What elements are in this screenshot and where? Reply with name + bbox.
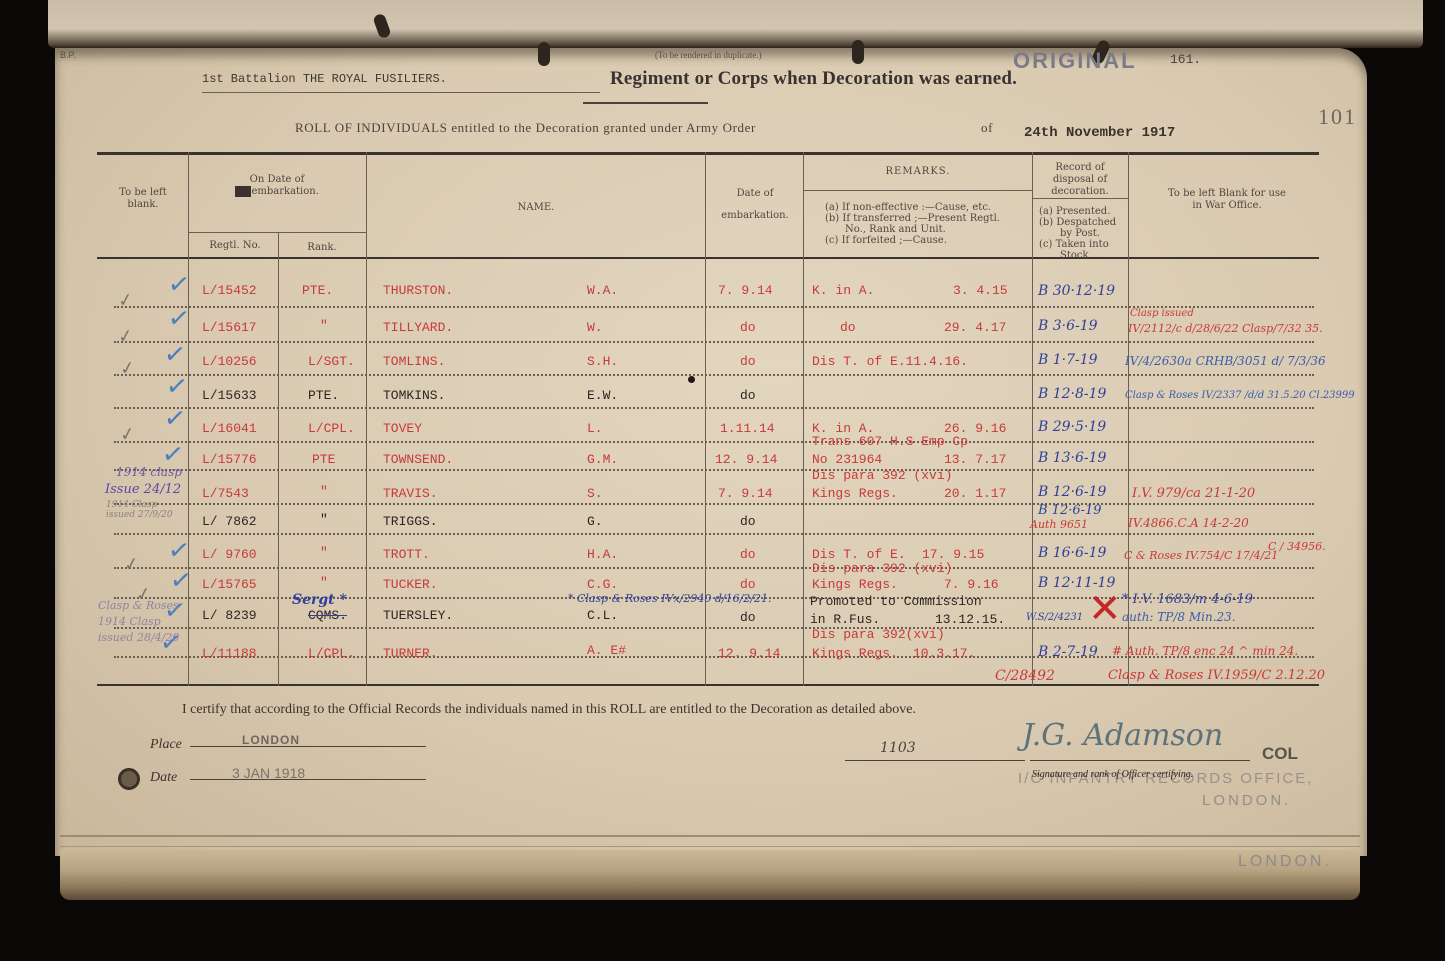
header-on-date-of: On Date of [192,174,362,186]
embarkation-date: do [740,577,756,592]
initials: S.H. [587,354,618,369]
regtl-no: L/15617 [202,320,257,335]
embarkation-date: do [740,354,756,369]
war-office-note: * I.V. 1683/m 4-6-19 [1122,592,1253,607]
initials: E.W. [587,388,618,403]
rank: L/CPL. [308,421,355,436]
initials: S. [587,486,603,501]
regtl-no: L/15765 [202,577,257,592]
disposal-record: B 1·7-19 [1038,352,1098,368]
header-rank: Rank. [282,242,362,254]
check-mark-icon: ✓ [162,339,188,372]
rank: PTE. [308,388,339,403]
check-mark-icon: ✓ [166,269,192,302]
lower-stamp: LONDON. [1238,853,1332,871]
disposal-record: B 2-7-19 [1038,644,1098,660]
check-mark-icon: ✓ [168,565,194,598]
disposal-record: B 3·6-19 [1038,318,1098,334]
certification-statement: I certify that according to the Official… [182,702,916,718]
remark-date: 13.12.15. [935,612,1005,627]
embarkation-date: 1.11.14 [720,421,775,436]
regtl-no: L/ 7862 [202,514,257,529]
margin-note-issue: Issue 24/12 [105,482,181,497]
initials: C.L. [587,608,618,623]
rank: PTE [312,452,335,467]
remark-line-2: in R.Fus. [810,612,880,627]
disposal-record: B 30·12·19 [1038,283,1115,299]
surname: TILLYARD. [383,320,453,335]
header-blank: To be left blank. [105,187,181,211]
embarkation-date: 7. 9.14 [718,486,773,501]
header-regtl-no: Regtl. No. [205,240,265,252]
rank-struck: CQMS. [308,608,347,623]
check-mark-icon: ✓ [166,535,192,568]
remark-date: 13. 7.17 [944,452,1006,467]
reference-number: 1103 [880,740,916,756]
binding-thread [852,40,864,64]
place-value: LONDON [242,733,300,747]
ink-spot [688,376,695,383]
officer-signature: J.G. Adamson [1022,718,1223,753]
remark-line-2: Kings Regs. [812,577,898,592]
surname: TUCKER. [383,577,438,592]
surname: TURNER. [383,646,438,661]
initials: W.A. [587,283,618,298]
name-annotation: * Clasp & Roses IVx/2940 d/16/2/21. [568,592,772,605]
regtl-no: L/7543 [202,486,249,501]
war-office-note: Clasp & Roses IV/2337 /d/d 31.5.20 Cl.23… [1125,390,1355,401]
regtl-no: L/10256 [202,354,257,369]
surname: TROTT. [383,547,430,562]
initials: A. E# [587,643,626,658]
rank: PTE. [302,283,333,298]
rank: " [320,512,328,527]
embarkation-date: 7. 9.14 [718,283,773,298]
header-date-of: Date of [709,188,801,200]
disposal-record: B 12·6-19 [1038,503,1102,518]
check-mark-icon: ✓ [166,303,192,336]
remark-line-1: Dis para 392(xvi) [812,627,945,642]
embarkation-date: do [740,320,756,335]
war-office-note: IV/2112/c d/28/6/22 Clasp/7/32 35. [1128,322,1323,335]
officer-rank: COL [1262,744,1298,764]
regtl-no: L/15776 [202,452,257,467]
footer-note: C/28492 [995,668,1055,684]
remark: Dis T. of E.11.4.16. [812,354,968,369]
war-office-note: # Auth. TP/8 enc 24 ^ min 24. [1112,644,1298,658]
header-disposal: Record of disposal of decoration. [1034,162,1126,198]
punch-hole [118,768,140,790]
embarkation-date: do [740,610,756,625]
war-office-note: IV/4/2630a CRHB/3051 d/ 7/3/36 [1125,354,1326,368]
heading-rule [583,102,708,104]
disposal-record: B 16·6-19 [1038,545,1106,561]
surname: TOMKINS. [383,388,445,403]
cancel-cross-icon: ✕ [1088,586,1122,632]
remark-date: 17. 9.15 [922,547,984,562]
initials: G. [587,514,603,529]
header-name: NAME. [369,202,703,214]
disposal-auth: Auth 9651 [1030,518,1088,531]
header-disembarkation: Disembarkation. [192,186,362,198]
remark-date: 10.3.17. [913,646,975,661]
remark-date: 20. 1.17 [944,486,1006,501]
surname: TUERSLEY. [383,608,453,623]
remark-line-1: Trans 607 H.S Emp Cp [812,434,968,449]
surname: TOWNSEND. [383,452,453,467]
remark-line-2: No 231964 [812,452,882,467]
rank-correction: Sergt * [292,592,347,608]
unit-name: 1st Battalion THE ROYAL FUSILIERS. [202,72,600,93]
place-label: Place [150,737,182,753]
rank: " [320,318,328,333]
initials: C.G. [587,577,618,592]
disposal-record: B 13·6-19 [1038,450,1106,466]
disposal-record: B 12·6-19 [1038,484,1106,500]
surname: THURSTON. [383,283,453,298]
check-mark-icon: ✓ [162,403,188,436]
embarkation-date: do [740,514,756,529]
remark-line-1: Dis para 392 (xvi) [812,561,952,576]
regtl-no: L/ 9760 [202,547,257,562]
embarkation-date: do [740,547,756,562]
regtl-no: L/ 8239 [202,608,257,623]
remark-line-2: Kings Regs. [812,646,898,661]
header-disposal-c2: Stock. [1060,250,1092,262]
disposal-record: B 12·8-19 [1038,386,1106,402]
rank: " [320,484,328,499]
footer-note: Clasp & Roses IV.1959/C 2.12.20 [1108,668,1325,683]
header-embarkation: embarkation. [709,210,801,222]
embarkation-date: 12. 9.14 [718,646,780,661]
remark: do [840,320,856,335]
form-code: B.P. [60,50,76,60]
margin-note-clasp: 1914 clasp [116,465,182,479]
date-value: 3 JAN 1918 [232,765,305,781]
war-office-note: Clasp issued [1130,308,1194,319]
page-number: 101 [1318,104,1357,130]
duplicate-note: (To be rendered in duplicate.) [655,50,762,60]
embarkation-date: 12. 9.14 [715,452,777,467]
header-war-office: To be left Blank for use in War Office. [1167,188,1287,212]
header-remarks-c: (c) If forfeited ;—Cause. [825,235,947,247]
margin-note-pencil: 1914 Clasp issued 27/9/20 [106,500,176,520]
date-label: Date [150,770,177,786]
page-stack-edge [60,850,1360,900]
initials: W. [587,320,603,335]
initials: L. [587,421,603,436]
war-office-note-extra: C / 34956. [1268,540,1326,553]
binding-thread [538,42,550,66]
stamp-suffix: 161. [1170,52,1201,67]
remark-date: 7. 9.16 [944,577,999,592]
remark: K. in A. [812,283,874,298]
ref-line [845,760,1025,761]
previous-page-edge [48,0,1423,48]
embarkation-date: do [740,388,756,403]
disposal-record: B 29·5·19 [1038,419,1106,435]
war-office-note: C & Roses IV.754/C 17/4/21 [1124,549,1278,562]
army-order-date: 24th November 1917 [1024,125,1175,141]
regtl-no: L/15633 [202,388,257,403]
signature-line [1030,760,1250,761]
roll-heading-text: ROLL OF INDIVIDUALS entitled to the Deco… [295,120,756,135]
header-remarks: REMARKS. [807,166,1029,178]
surname: TRIGGS. [383,514,438,529]
surname: TRAVIS. [383,486,438,501]
war-office-note: I.V. 979/ca 21-1-20 [1132,486,1255,501]
remark: Dis T. of E. [812,547,906,562]
remark-line-1: Promoted to Commission [810,594,982,609]
place-line [190,746,426,747]
check-mark-icon: ✓ [164,371,190,404]
roll-heading: ROLL OF INDIVIDUALS entitled to the Deco… [295,120,756,136]
initials: G.M. [587,452,618,467]
of-label: of [981,120,993,136]
regtl-no: L/11188 [202,646,257,661]
remark-date: 3. 4.15 [953,283,1008,298]
office-stamp-city: LONDON. [1202,792,1291,809]
remark-line-1: Dis para 392 (xvi) [812,468,952,483]
rank: " [320,545,328,560]
rank: L/CPL. [308,646,355,661]
war-office-note-2: auth: TP/8 Min.23. [1122,610,1236,624]
date-line [190,779,426,780]
initials: H.A. [587,547,618,562]
original-stamp: ORIGINAL [1013,48,1137,74]
page-fold [60,835,1360,847]
remark-line-2: Kings Regs. [812,486,898,501]
corps-heading: Regiment or Corps when Decoration was ea… [610,68,1017,90]
surname: TOVEY [383,421,422,436]
margin-note-pencil-2: Clasp & Roses 1914 Clasp issued 28/4/20 [98,598,188,646]
rank: " [320,575,328,590]
regtl-no: L/15452 [202,283,257,298]
war-office-note: IV.4866.C.A 14-2-20 [1128,516,1249,530]
disposal-record: W.S/2/4231 [1026,612,1083,623]
remark-date: 29. 4.17 [944,320,1006,335]
rank: L/SGT. [308,354,355,369]
signature-caption: Signature and rank of Officer certifying… [1032,769,1193,780]
regtl-no: L/16041 [202,421,257,436]
surname: TOMLINS. [383,354,445,369]
